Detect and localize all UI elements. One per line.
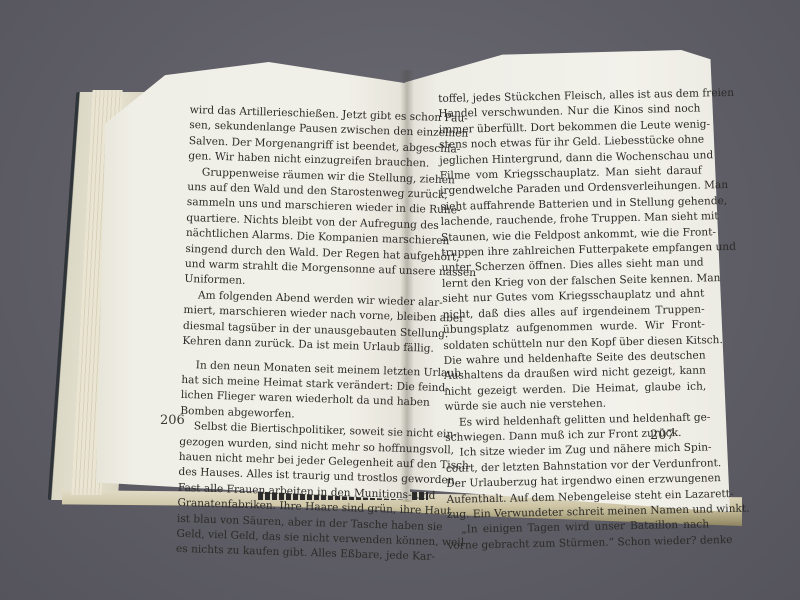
right-page-text: toffel, jedes Stückchen Fleisch, alles i… bbox=[438, 87, 710, 555]
left-page-number: 206 bbox=[160, 413, 185, 428]
photo-scene: wird das Artillerieschießen. Jetzt gibt … bbox=[0, 0, 800, 600]
right-page-number: 207 bbox=[650, 428, 675, 443]
left-page-text: wird das Artillerieschießen. Jetzt gibt … bbox=[176, 103, 412, 565]
